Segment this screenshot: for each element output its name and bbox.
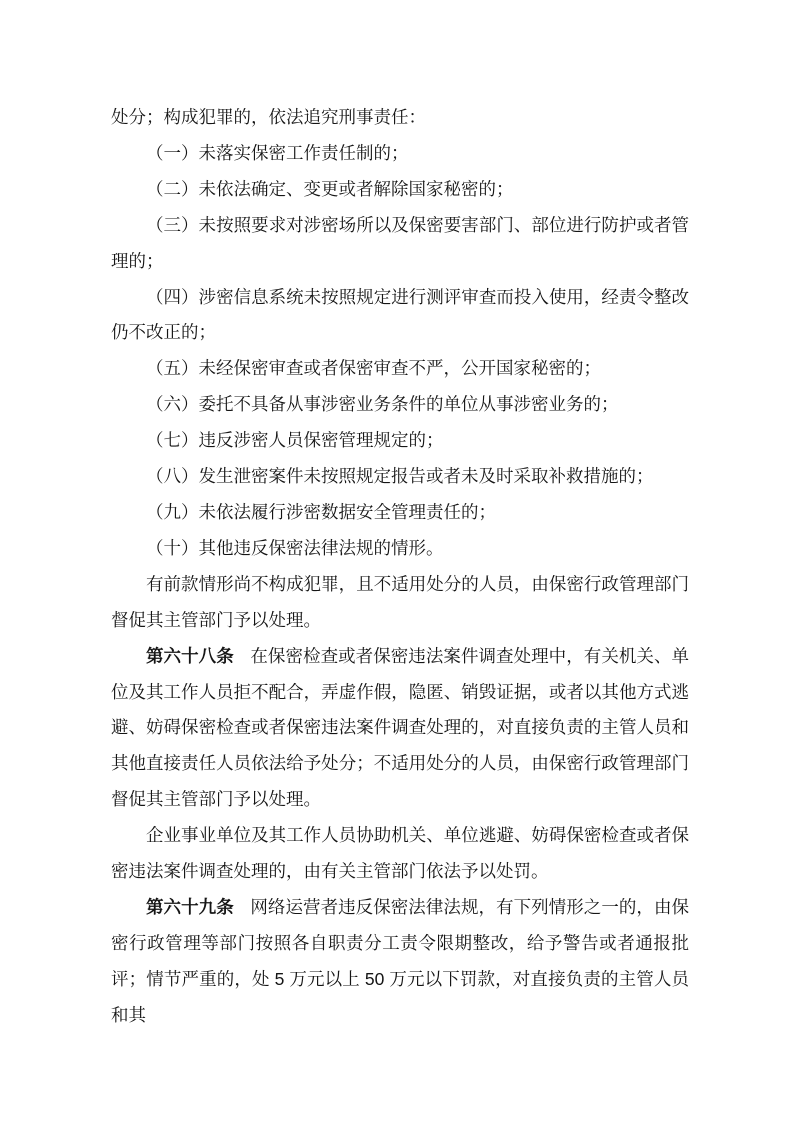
paragraph: （八）发生泄密案件未按照规定报告或者未及时采取补救措施的；: [111, 459, 689, 495]
paragraph: （一）未落实保密工作责任制的；: [111, 136, 689, 172]
paragraph: （十）其他违反保密法律法规的情形。: [111, 531, 689, 567]
paragraph: （六）委托不具备从事涉密业务条件的单位从事涉密业务的；: [111, 387, 689, 423]
paragraph: 处分；构成犯罪的，依法追究刑事责任：: [111, 100, 689, 136]
article-number: 第六十八条: [146, 646, 234, 666]
paragraph: 第六十八条在保密检查或者保密违法案件调查处理中，有关机关、单位及其工作人员拒不配…: [111, 639, 689, 819]
paragraph: 企业事业单位及其工作人员协助机关、单位逃避、妨碍保密检查或者保密违法案件调查处理…: [111, 818, 689, 890]
paragraph: （九）未依法履行涉密数据安全管理责任的；: [111, 495, 689, 531]
paragraph: （七）违反涉密人员保密管理规定的；: [111, 423, 689, 459]
paragraph: 第六十九条网络运营者违反保密法律法规，有下列情形之一的，由保密行政管理等部门按照…: [111, 890, 689, 1034]
paragraph: （四）涉密信息系统未按照规定进行测评审查而投入使用，经责令整改仍不改正的；: [111, 280, 689, 352]
document-body: 处分；构成犯罪的，依法追究刑事责任：（一）未落实保密工作责任制的；（二）未依法确…: [111, 100, 689, 1034]
paragraph: 有前款情形尚不构成犯罪，且不适用处分的人员，由保密行政管理部门督促其主管部门予以…: [111, 567, 689, 639]
document-page: 处分；构成犯罪的，依法追究刑事责任：（一）未落实保密工作责任制的；（二）未依法确…: [0, 0, 793, 1122]
paragraph: （三）未按照要求对涉密场所以及保密要害部门、部位进行防护或者管理的；: [111, 208, 689, 280]
paragraph: （五）未经保密审查或者保密审查不严，公开国家秘密的；: [111, 351, 689, 387]
article-number: 第六十九条: [146, 897, 234, 917]
paragraph: （二）未依法确定、变更或者解除国家秘密的；: [111, 172, 689, 208]
paragraph-text: 在保密检查或者保密违法案件调查处理中，有关机关、单位及其工作人员拒不配合，弄虚作…: [111, 646, 689, 810]
